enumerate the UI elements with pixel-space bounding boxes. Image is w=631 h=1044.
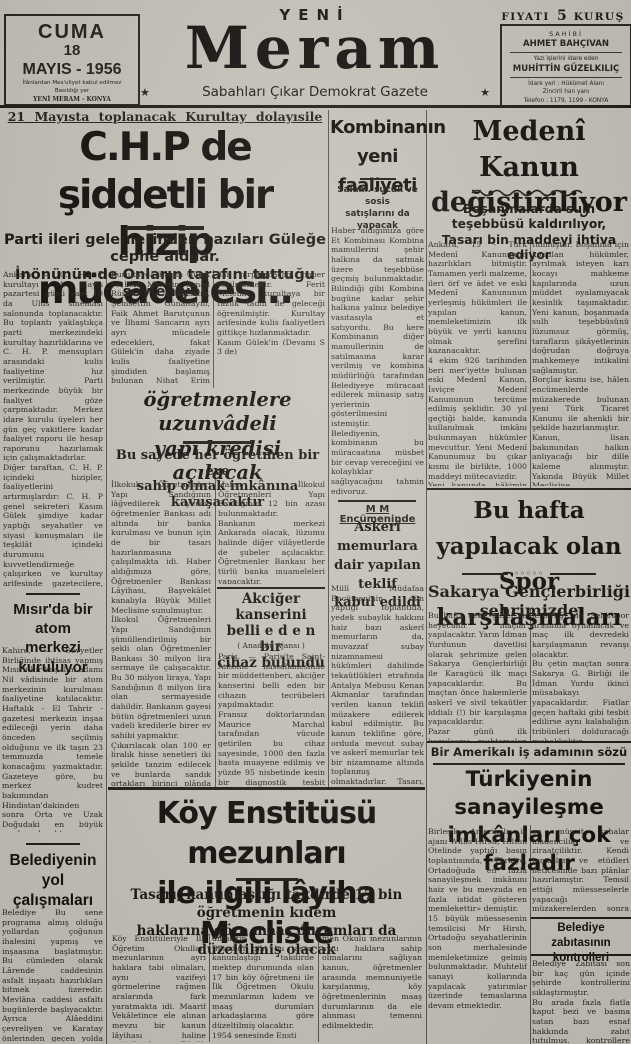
- kombina-body: Haber aldığımıza göre Et Kombinası Kombi…: [331, 226, 424, 494]
- headline-divider: [126, 226, 204, 230]
- owner-name: AHMET BAHÇIVAN: [502, 39, 630, 50]
- price-unit: KURUŞ: [574, 11, 625, 23]
- editor-name: MUHİTTİN GÜZELKILIÇ: [502, 64, 630, 75]
- misir-body: Kahire, — Sovyetler Birliğinde ihtisas y…: [2, 646, 103, 832]
- date-number: 18: [6, 43, 138, 60]
- newspaper-title: Meram: [140, 18, 490, 79]
- section-divider: [26, 843, 80, 845]
- tagline: Sabahları Çıkar Demokrat Gazete: [202, 86, 428, 100]
- ornament-line: [550, 573, 596, 575]
- amerikali-kicker: Bir Amerikalı iş adamının sözü: [427, 745, 631, 760]
- section-divider: [427, 488, 631, 490]
- ornament-line: [462, 573, 508, 575]
- ornament-beads: ◦◦◦◦◦: [514, 570, 545, 578]
- printing-place: YENİ MERAM - KONYA: [6, 95, 138, 104]
- belediye-yol-headline: Belediyenin yol çalışmaları: [0, 851, 106, 911]
- address-line: Zincirli han yanı: [502, 88, 630, 96]
- date-month-year: MAYIS - 1956: [6, 60, 138, 79]
- kicker-rule: [433, 763, 625, 765]
- mm-body: Millî Müdafaa Encümeninin dün yaptığı to…: [331, 584, 424, 786]
- spor-body-column-2: lerbirliği ile Şehirspor arasında oynana…: [532, 611, 629, 741]
- section-divider: [338, 500, 416, 502]
- ogretmenler-body-column-1: İlkokul Öğretmenleri Yapı Sandığının lâğ…: [111, 480, 211, 786]
- editor-label: Yazı işlerini idare eden: [502, 55, 630, 63]
- amerikali-body-column-1: Birleşik Amerikalı iş ajanı Willis Hirsh…: [428, 827, 527, 1042]
- tagline-row: ★ Sabahları Çıkar Demokrat Gazete ★: [140, 86, 490, 100]
- headline-divider: [236, 878, 298, 881]
- price-label: FIYATI: [501, 11, 550, 23]
- section-divider: [427, 741, 631, 743]
- amerikali-body-column-2: en müsait sahalar madencilik ve ziraatçi…: [532, 827, 629, 915]
- headline-divider: [183, 441, 251, 444]
- chp-kicker: 21 Mayısta toplanacak Kurultay dolayısil…: [0, 111, 330, 124]
- owner-box: SAHİBİ AHMET BAHÇIVAN Yazı işlerini idar…: [500, 24, 631, 108]
- chp-body-column-3: dan hırpalanacağı haber verilmektedir. F…: [217, 270, 325, 386]
- date-box-note: İlânlardan Mes'uliyet kabul edilmez: [6, 79, 138, 87]
- squiggle-ornament: [470, 188, 590, 198]
- star-icon: ★: [140, 87, 150, 98]
- date-day: CUMA: [6, 21, 138, 43]
- medeni-body-column-2: tulmuştur. Boşanma için konulan hükümler…: [532, 240, 629, 486]
- koy-body-column-3: men Okulu mezunlarının aynı haklara sahi…: [322, 934, 422, 1042]
- phone-line: Telefon : 1179, 1199 - KONYA: [502, 97, 630, 105]
- section-divider: [217, 587, 325, 589]
- koy-body-column-2: dilmiştir. Bilindiği gibi bu tasarı kanu…: [212, 934, 314, 1042]
- spor-body-column-1: Bu hafta gene güzel ve heyecanlı maçlar …: [428, 611, 527, 741]
- price-line: FIYATI 5 KURUŞ: [498, 5, 628, 24]
- chp-body-column-2: Kurultayda Kasım Gülek ve Ferit Melenin,…: [111, 270, 210, 386]
- divider: [510, 77, 622, 78]
- chp-body-column-1: Ankara — C. H. P kurultayı 21 mayıs paza…: [3, 270, 103, 588]
- star-icon: ★: [480, 87, 490, 98]
- koy-body-column-1: Köy Enstitüleriyle İlk Öğretim Okulları …: [112, 934, 206, 1042]
- divider: [510, 52, 622, 53]
- akciger-body: Paris, — Paris'te Saint-Antoine hastahan…: [218, 652, 325, 788]
- address-line: İdare yeri : Hükümet Alanı: [502, 80, 630, 88]
- newspaper-page: CUMA 18 MAYIS - 1956 İlânlardan Mes'uliy…: [0, 0, 631, 1044]
- date-box: CUMA 18 MAYIS - 1956 İlânlardan Mes'uliy…: [4, 14, 140, 106]
- akciger-credit: ( Anadolu Ajansı ): [217, 642, 325, 650]
- section-divider: [531, 917, 631, 919]
- belediye-zabita-body: Belediye Zabıtası son bir kaç gün içinde…: [532, 959, 630, 1043]
- box-top-rule: [108, 787, 425, 790]
- date-box-note: Basıldığı yer: [6, 87, 138, 95]
- owner-label: SAHİBİ: [502, 29, 630, 39]
- headline-divider: [360, 178, 396, 180]
- section-divider: [26, 593, 80, 595]
- ogretmenler-body-column-2: Halen İlkokul Öğretmenleri Yapı Sandığın…: [218, 480, 325, 584]
- masthead-rule: [0, 105, 631, 108]
- column-rule: [530, 238, 531, 488]
- spor-ornament: ◦◦◦◦◦: [427, 570, 631, 578]
- price-amount: 5: [555, 8, 569, 24]
- medeni-body-column-1: Ankara, 15 - Türk Medenî Kanununun hazır…: [428, 240, 527, 486]
- belediye-yol-body: Belediye Bu sene programa almış olduğu y…: [2, 908, 103, 1042]
- section-divider: [531, 954, 631, 956]
